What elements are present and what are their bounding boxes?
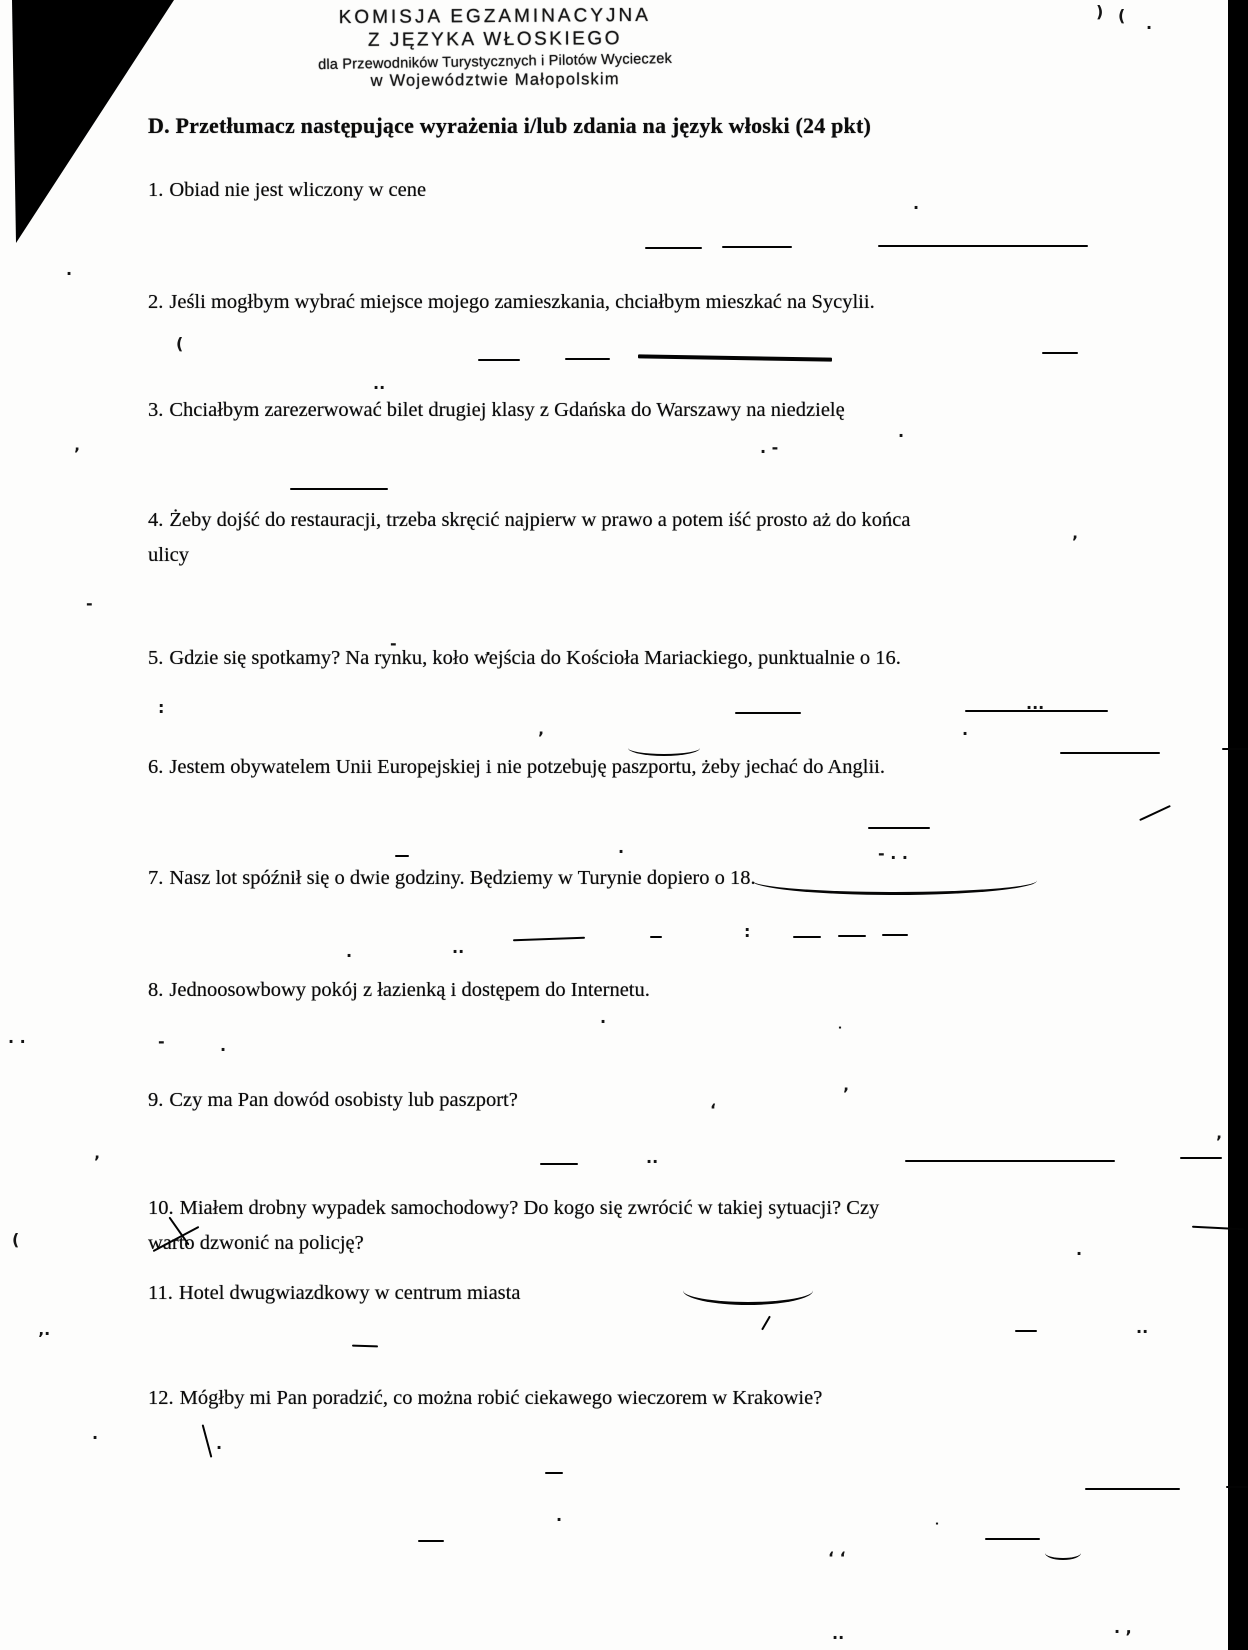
question-number: 8. <box>148 979 163 1001</box>
pen-mark-line <box>1085 1488 1180 1490</box>
pen-mark-glyph: : <box>158 700 164 716</box>
pen-mark-line <box>1139 805 1171 821</box>
pen-mark-line <box>868 827 930 829</box>
pen-mark-glyph: . <box>1076 1242 1082 1258</box>
question-number: 1. <box>148 179 163 201</box>
pen-mark-line <box>638 354 832 361</box>
question-number: 4. <box>148 509 163 531</box>
pen-mark-line <box>1180 1157 1222 1159</box>
pen-mark-glyph: ... <box>1026 696 1044 712</box>
pen-mark-line <box>882 934 908 936</box>
pen-mark-line <box>1060 752 1160 754</box>
pen-mark-line <box>878 245 1088 247</box>
pen-mark-line <box>290 488 388 490</box>
pen-mark-line <box>985 1538 1040 1540</box>
pen-mark-arc <box>1045 1546 1081 1560</box>
pen-mark-glyph: ‚. <box>38 1322 50 1338</box>
pen-mark-line <box>1042 352 1078 354</box>
pen-mark-line <box>545 1472 563 1474</box>
pen-mark-glyph: ‘ ‘ <box>828 1550 846 1566</box>
question-text: Hotel dwugwiazdkowy w centrum miasta <box>179 1282 521 1304</box>
pen-mark-line <box>965 710 1108 712</box>
question-item-5: 5.Gdzie się spotkamy? Na rynku, koło wej… <box>148 641 1068 676</box>
question-text: Czy ma Pan dowód osobisty lub paszport? <box>169 1089 517 1111</box>
question-item-9: 9.Czy ma Pan dowód osobisty lub paszport… <box>148 1083 1068 1118</box>
stamp-line-1: KOMISJA EGZAMINACYJNA <box>210 4 780 30</box>
pen-mark-line <box>540 1163 578 1165</box>
pen-mark-line <box>1015 1330 1037 1332</box>
question-item-6: 6.Jestem obywatelem Unii Europejskiej i … <box>148 750 1068 785</box>
pen-mark-line <box>513 937 585 942</box>
question-number: 2. <box>148 291 163 313</box>
question-text-line2: ulicy <box>148 538 1068 573</box>
pen-mark-glyph: - <box>158 1034 165 1050</box>
question-item-11: 11.Hotel dwugwiazdkowy w centrum miasta <box>148 1276 1068 1311</box>
pen-mark-line <box>761 1316 771 1331</box>
exam-committee-stamp: KOMISJA EGZAMINACYJNA Z JĘZYKA WŁOSKIEGO… <box>210 4 781 92</box>
pen-mark-line <box>565 358 610 360</box>
question-text: Żeby dojść do restauracji, trzeba skręci… <box>169 509 910 531</box>
pen-mark-glyph: ’ <box>538 730 544 746</box>
question-text: Jestem obywatelem Unii Europejskiej i ni… <box>169 756 885 778</box>
pen-mark-glyph: ( <box>1118 8 1125 24</box>
pen-mark-glyph: . . <box>8 1030 26 1046</box>
pen-mark-glyph: . <box>1146 16 1152 32</box>
pen-mark-line <box>478 359 520 361</box>
pen-mark-line <box>838 935 866 937</box>
pen-mark-line <box>735 712 801 714</box>
pen-mark-glyph: . <box>556 1508 562 1524</box>
pen-mark-glyph: ( <box>176 336 183 352</box>
question-item-10: 10.Miałem drobny wypadek samochodowy? Do… <box>148 1191 1068 1261</box>
question-text: Miałem drobny wypadek samochodowy? Do ko… <box>180 1197 880 1219</box>
question-number: 3. <box>148 399 163 421</box>
question-item-3: 3.Chciałbym zarezerwować bilet drugiej k… <box>148 393 1068 428</box>
pen-mark-glyph: . <box>220 1038 226 1054</box>
pen-mark-line <box>793 936 821 938</box>
pen-mark-glyph: . <box>618 840 624 856</box>
question-item-8: 8.Jednoosowbowy pokój z łazienką i dostę… <box>148 973 1068 1008</box>
question-item-12: 12.Mógłby mi Pan poradzić, co można robi… <box>148 1381 1068 1416</box>
pen-mark-glyph: . <box>600 1010 606 1026</box>
pen-mark-glyph: ’ <box>94 1154 100 1170</box>
question-item-1: 1.Obiad nie jest wliczony w cene <box>148 173 1068 208</box>
pen-mark-line <box>722 246 792 248</box>
question-number: 11. <box>148 1282 173 1304</box>
question-item-4: 4.Żeby dojść do restauracji, trzeba skrę… <box>148 503 1068 573</box>
pen-mark-glyph: ) <box>1096 4 1103 20</box>
question-text: Mógłby mi Pan poradzić, co można robić c… <box>180 1387 823 1409</box>
stamp-line-2: Z JĘZYKA WŁOSKIEGO <box>210 27 780 53</box>
question-text: Nasz lot spóźnił się o dwie godziny. Będ… <box>169 867 755 889</box>
question-text-line2: warto dzwonić na policję? <box>148 1226 1068 1261</box>
pen-mark-glyph: . <box>92 1426 98 1442</box>
pen-mark-glyph: : <box>744 924 750 940</box>
question-text: Jeśli mogłbym wybrać miejsce mojego zami… <box>169 291 874 313</box>
question-number: 12. <box>148 1387 174 1409</box>
pen-mark-glyph: . , <box>1114 1620 1132 1636</box>
pen-mark-glyph: .. <box>832 1626 844 1642</box>
pen-mark-glyph: ˙ <box>933 1522 941 1538</box>
question-number: 10. <box>148 1197 174 1219</box>
question-text: Chciałbym zarezerwować bilet drugiej kla… <box>169 399 844 421</box>
section-title: D. Przetłumacz następujące wyrażenia i/l… <box>148 113 871 139</box>
pen-mark-line <box>905 1160 1115 1162</box>
question-number: 5. <box>148 647 163 669</box>
question-text: Jednoosowbowy pokój z łazienką i dostępe… <box>169 979 650 1001</box>
question-item-2: 2.Jeśli mogłbym wybrać miejsce mojego za… <box>148 285 1068 320</box>
pen-mark-line <box>202 1424 213 1457</box>
question-item-7: 7.Nasz lot spóźnił się o dwie godziny. B… <box>148 861 1068 896</box>
question-text: Obiad nie jest wliczony w cene <box>169 179 426 201</box>
pen-mark-glyph: ( <box>12 1232 19 1248</box>
pen-mark-glyph: ’ <box>1216 1134 1222 1150</box>
pen-mark-glyph: .. <box>452 940 464 956</box>
pen-mark-glyph: .. <box>1136 1320 1148 1336</box>
scan-edge-artifact <box>1228 0 1248 1650</box>
pen-mark-glyph: . <box>962 722 968 738</box>
pen-mark-glyph: . <box>66 262 72 278</box>
pen-mark-line <box>645 247 702 249</box>
pen-mark-glyph: ’ <box>1072 534 1078 550</box>
pen-mark-glyph: .. <box>646 1150 658 1166</box>
pen-mark-glyph: - . . <box>878 846 908 862</box>
question-text: Gdzie się spotkamy? Na rynku, koło wejśc… <box>169 647 901 669</box>
question-number: 6. <box>148 756 163 778</box>
pen-mark-glyph: . - <box>760 440 778 456</box>
pen-mark-glyph: - <box>86 596 93 612</box>
pen-mark-glyph: ˙ <box>836 1026 844 1042</box>
pen-mark-line <box>418 1540 444 1542</box>
question-number: 7. <box>148 867 163 889</box>
pen-mark-line <box>395 855 409 857</box>
pen-mark-glyph: ’ <box>74 446 80 462</box>
question-number: 9. <box>148 1089 163 1111</box>
pen-mark-glyph: . <box>346 944 352 960</box>
pen-mark-line <box>352 1345 378 1348</box>
pen-mark-glyph: .. <box>373 376 385 392</box>
scanned-document-page: KOMISJA EGZAMINACYJNA Z JĘZYKA WŁOSKIEGO… <box>0 0 1248 1650</box>
pen-mark-glyph: . <box>216 1436 222 1452</box>
pen-mark-line <box>650 936 662 938</box>
